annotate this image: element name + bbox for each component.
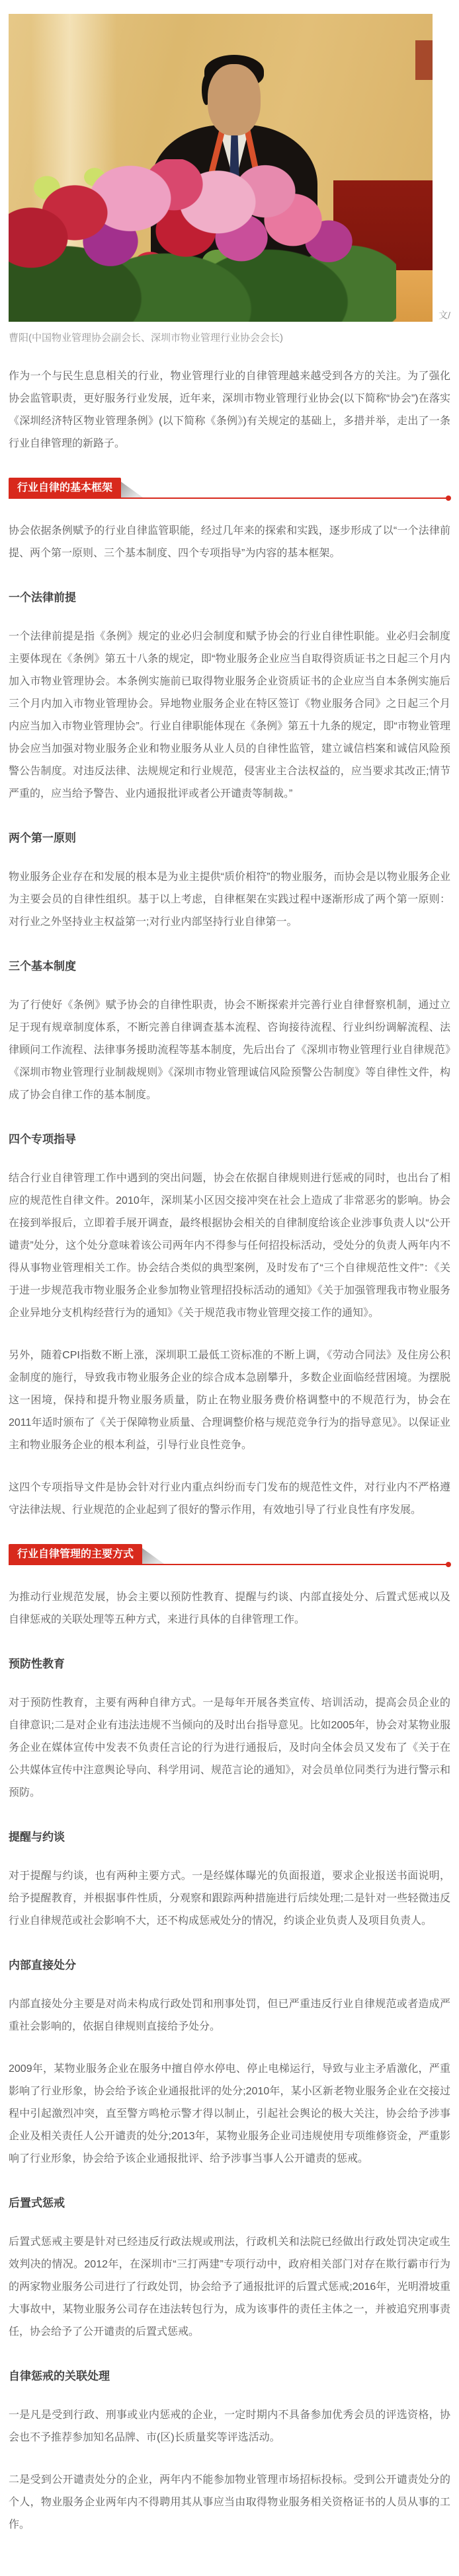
divider-end-dot-icon — [446, 1562, 451, 1567]
photo-caption: 曹阳(中国物业管理协会副会长、深圳市物业管理行业协会会长) — [9, 331, 450, 346]
body-paragraph: 为了行使好《条例》赋予协会的自律性职责，协会不断探索并完善行业自律督察机制，通过… — [9, 994, 450, 1107]
sub-heading: 三个基本制度 — [9, 959, 450, 975]
body-paragraph: 为推动行业规范发展，协会主要以预防性教育、提醒与约谈、内部直接处分、后置式惩戒以… — [9, 1586, 450, 1631]
sub-heading: 预防性教育 — [9, 1656, 450, 1672]
body-paragraph: 2009年，某物业服务企业在服务中擅自停水停电、停止电梯运行，导致与业主矛盾激化… — [9, 2058, 450, 2170]
curtain-top — [415, 40, 433, 80]
body-paragraph: 协会依据条例赋予的行业自律监管职能，经过几年来的探索和实践，逐步形成了以“一个法… — [9, 520, 450, 565]
body-paragraph: 二是受到公开谴责处分的企业，两年内不能参加物业管理市场招标投标。受到公开谴责处分… — [9, 2469, 450, 2536]
speaker-face — [208, 64, 261, 135]
body-paragraph: 后置式惩戒主要是针对已经违反行政法规或刑法，行政机关和法院已经做出行政处罚决定或… — [9, 2231, 450, 2343]
body-paragraph: 内部直接处分主要是对尚未构成行政处罚和刑事处罚，但已严重违反行业自律规范或者造成… — [9, 1993, 450, 2038]
article-sections: 行业自律的基本框架协会依据条例赋予的行业自律监管职能，经过几年来的探索和实践，逐… — [9, 478, 450, 2536]
body-paragraph: 一个法律前提是指《条例》规定的业必归会制度和赋予协会的行业自律性职能。业必归会制… — [9, 626, 450, 805]
body-paragraph: 一是凡是受到行政、刑事或业内惩戒的企业，一定时期内不具备参加优秀会员的评选资格，… — [9, 2404, 450, 2449]
body-paragraph: 这四个专项指导文件是协会针对行业内重点纠纷而专门发布的规范性文件，对行业内不严格… — [9, 1477, 450, 1522]
sub-heading: 后置式惩戒 — [9, 2195, 450, 2211]
body-paragraph: 物业服务企业存在和发展的根本是为业主提供“质价相符”的物业服务，而协会是以物业服… — [9, 866, 450, 934]
sub-heading: 内部直接处分 — [9, 1958, 450, 1973]
section-header: 行业自律的基本框架 — [9, 478, 450, 499]
photo-credit: 文/ — [438, 310, 450, 320]
article-photo[interactable] — [9, 14, 433, 322]
ribbon-fold-icon — [140, 1547, 164, 1564]
sub-heading: 提醒与约谈 — [9, 1829, 450, 1845]
body-paragraph: 对于提醒与约谈，也有两种主要方式。一是经媒体曝光的负面报道，要求企业报送书面说明… — [9, 1865, 450, 1932]
sub-heading: 四个专项指导 — [9, 1132, 450, 1148]
intro-paragraph: 作为一个与民生息息相关的行业，物业管理行业的自律管理越来越受到各方的关注。为了强… — [9, 365, 450, 455]
sub-heading: 两个第一原则 — [9, 830, 450, 846]
body-paragraph: 另外，随着CPI指数不断上涨，深圳职工最低工资标准的不断上调，《劳动合同法》及住… — [9, 1344, 450, 1457]
article-content: 文/ 曹阳(中国物业管理协会副会长、深圳市物业管理行业协会会长) 作为一个与民生… — [0, 14, 459, 2576]
ribbon-fold-icon — [119, 480, 143, 497]
article-photo-block: 文/ — [9, 14, 450, 322]
body-paragraph: 对于预防性教育，主要有两种自律方式。一是每年开展各类宣传、培训活动，提高会员企业… — [9, 1692, 450, 1804]
body-paragraph: 结合行业自律管理工作中遇到的突出问题，协会在依据自律规则进行惩戒的同时，也出台了… — [9, 1167, 450, 1325]
sub-heading: 自律惩戒的关联处理 — [9, 2369, 450, 2384]
sub-heading: 一个法律前提 — [9, 590, 450, 606]
section-title-badge: 行业自律管理的主要方式 — [9, 1544, 142, 1565]
section-title-badge: 行业自律的基本框架 — [9, 478, 121, 499]
divider-end-dot-icon — [446, 496, 451, 501]
flower-bouquet — [9, 159, 396, 322]
section-header: 行业自律管理的主要方式 — [9, 1544, 450, 1565]
